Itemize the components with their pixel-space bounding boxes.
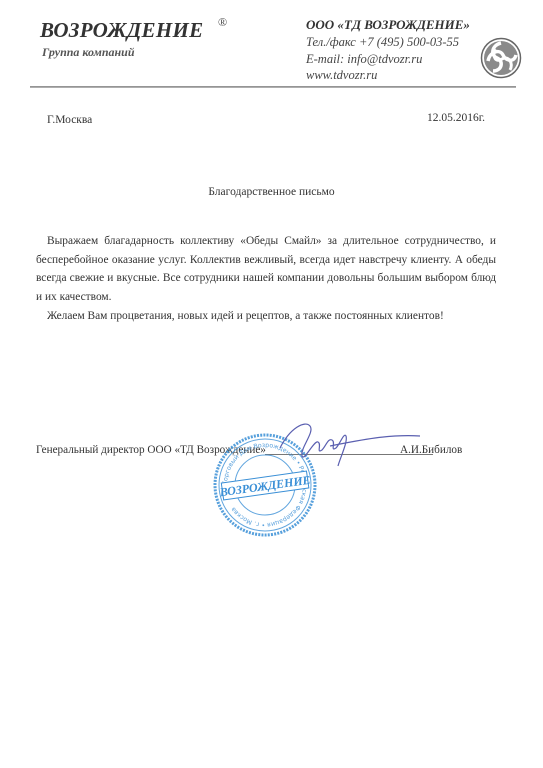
letter-title: Благодарственное письмо bbox=[0, 186, 543, 198]
brand-name: ВОЗРОЖДЕНИЕ bbox=[40, 18, 203, 43]
email: E-mail: info@tdvozr.ru bbox=[306, 52, 422, 67]
date: 12.05.2016г. bbox=[427, 112, 485, 124]
company-name: ООО «ТД ВОЗРОЖДЕНИЕ» bbox=[306, 17, 470, 33]
letter-body: Выражаем благадарность коллективу «Обеды… bbox=[36, 232, 496, 326]
website: www.tdvozr.ru bbox=[306, 68, 377, 83]
phone-fax: Тел./факс +7 (495) 500-03-55 bbox=[306, 35, 459, 50]
registered-mark: ® bbox=[218, 15, 227, 30]
city: Г.Москва bbox=[47, 114, 92, 126]
paragraph: Выражаем благадарность коллективу «Обеды… bbox=[36, 232, 496, 307]
brand-subtitle: Группа компаний bbox=[42, 45, 135, 60]
signature bbox=[270, 418, 430, 478]
paragraph: Желаем Вам процветания, новых идей и рец… bbox=[36, 307, 496, 326]
company-logo-icon bbox=[480, 37, 522, 79]
header-divider bbox=[30, 86, 516, 88]
